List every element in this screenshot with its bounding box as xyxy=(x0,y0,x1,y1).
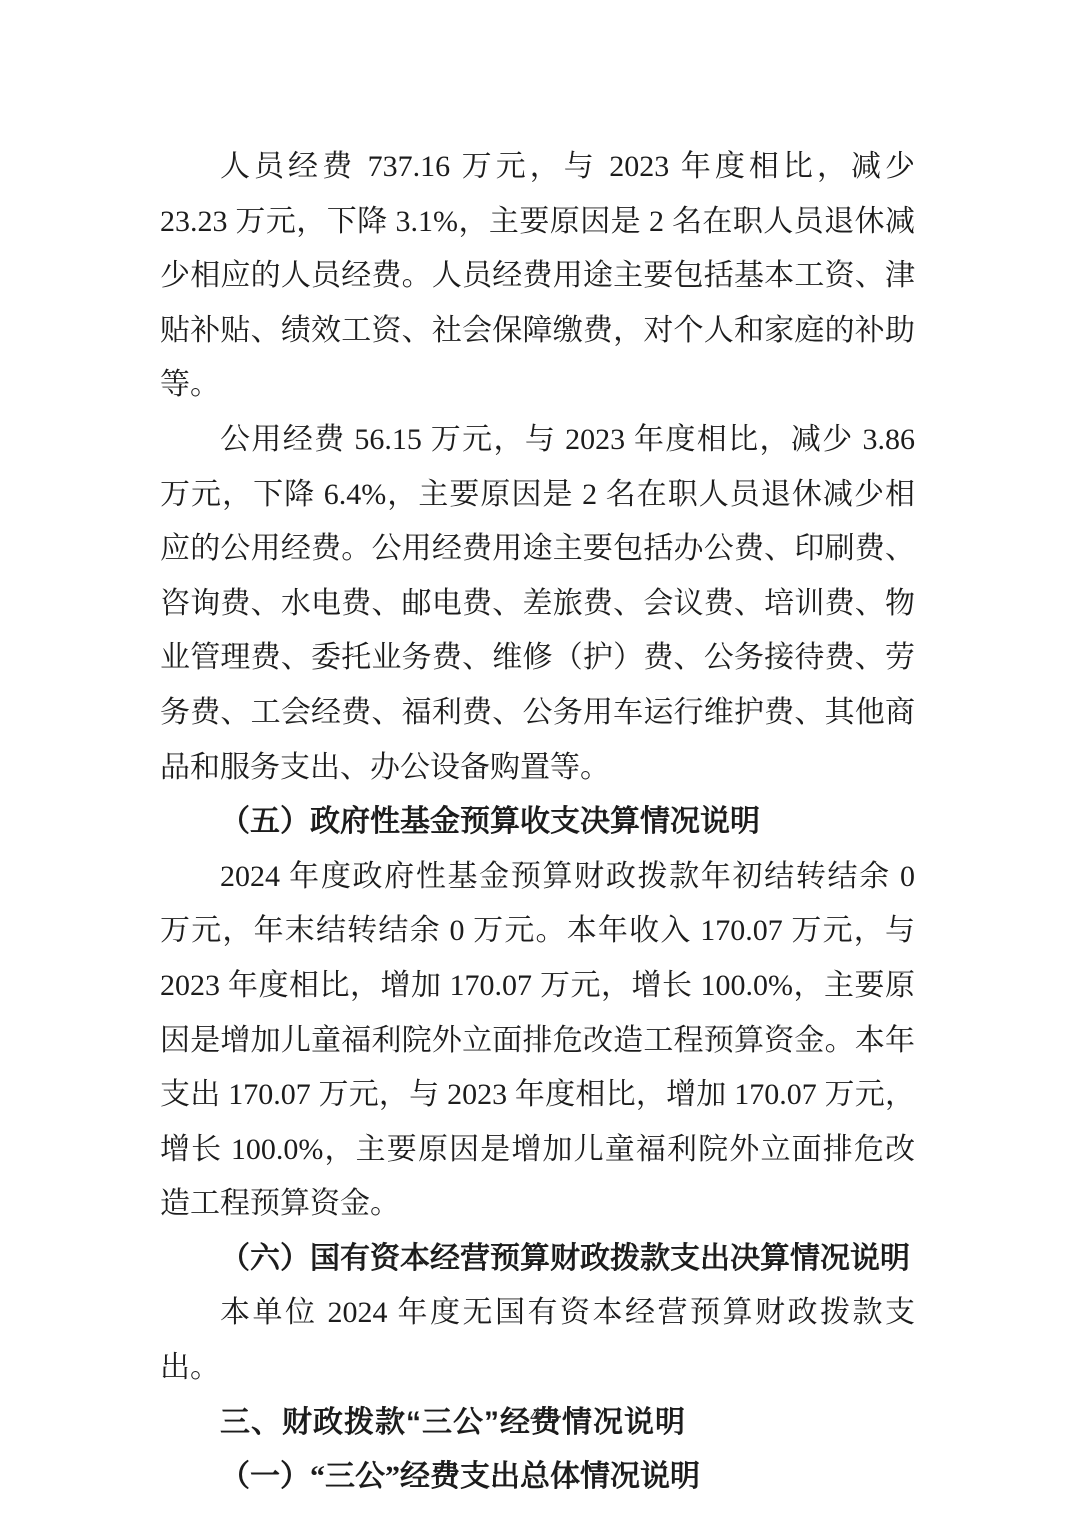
page-number: - 4 - xyxy=(509,1402,566,1427)
heading-gov-fund-budget: （五）政府性基金预算收支决算情况说明 xyxy=(160,795,915,850)
heading-three-public-overview: （一）“三公”经费支出总体情况说明 xyxy=(160,1450,915,1505)
document-body: 人员经费 737.16 万元，与 2023 年度相比，减少 23.23 万元，下… xyxy=(160,140,915,1505)
page-footer: - 4 - xyxy=(0,1402,1075,1428)
heading-state-capital-budget: （六）国有资本经营预算财政拨款支出决算情况说明 xyxy=(160,1232,915,1287)
paragraph-gov-fund-budget: 2024 年度政府性基金预算财政拨款年初结转结余 0 万元，年末结转结余 0 万… xyxy=(160,850,915,1232)
paragraph-state-capital-budget: 本单位 2024 年度无国有资本经营预算财政拨款支出。 xyxy=(160,1286,915,1395)
paragraph-public-expense: 公用经费 56.15 万元，与 2023 年度相比，减少 3.86 万元，下降 … xyxy=(160,413,915,795)
document-page: 人员经费 737.16 万元，与 2023 年度相比，减少 23.23 万元，下… xyxy=(0,0,1075,1520)
paragraph-personnel-expense: 人员经费 737.16 万元，与 2023 年度相比，减少 23.23 万元，下… xyxy=(160,140,915,413)
